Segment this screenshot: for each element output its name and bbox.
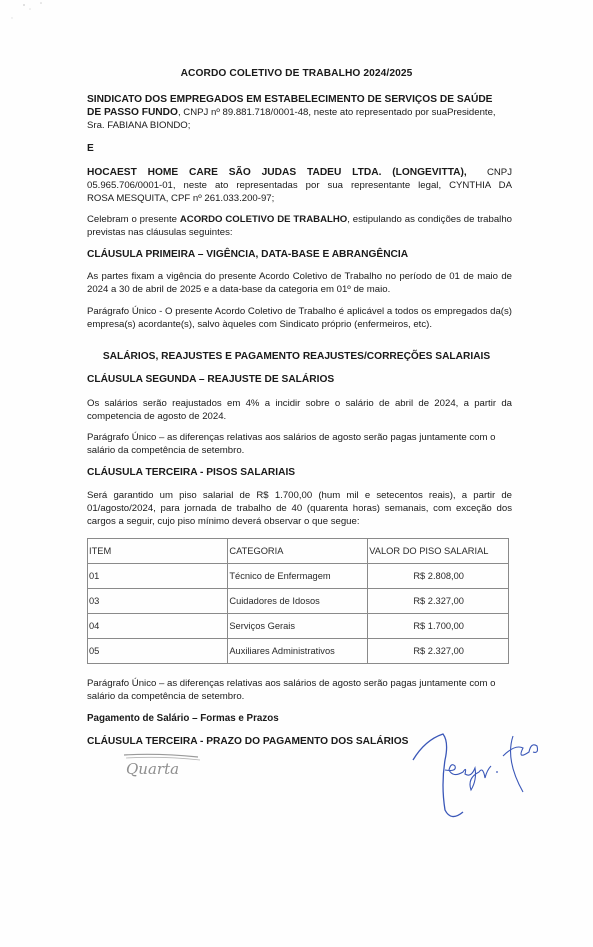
clause2-paragraph: Parágrafo Único – as diferenças relativa… <box>87 431 512 457</box>
table-cell: Técnico de Enfermagem <box>228 564 368 589</box>
conjunction: E <box>87 142 94 155</box>
scan-artifact <box>10 0 50 20</box>
party1-name-cont: DE PASSO FUNDO <box>87 107 178 118</box>
clause1-paragraph: Parágrafo Único - O presente Acordo Cole… <box>87 305 512 331</box>
clause3-text: Será garantido um piso salarial de R$ 1.… <box>87 489 512 528</box>
table-header-cell: ITEM <box>88 539 228 564</box>
table-cell: R$ 2.327,00 <box>368 639 509 664</box>
table-cell: Auxiliares Administrativos <box>228 639 368 664</box>
table-header-row: ITEMCATEGORIAVALOR DO PISO SALARIAL <box>88 539 509 564</box>
document-page: ACORDO COLETIVO DE TRABALHO 2024/2025 SI… <box>0 0 593 947</box>
table-header-cell: CATEGORIA <box>228 539 368 564</box>
party2-block: HOCAEST HOME CARE SÃO JUDAS TADEU LTDA. … <box>87 166 512 205</box>
clause3-paragraph: Parágrafo Único – as diferenças relativa… <box>87 677 512 703</box>
document-title: ACORDO COLETIVO DE TRABALHO 2024/2025 <box>0 68 593 79</box>
clause2-text: Os salários serão reajustados em 4% a in… <box>87 397 512 423</box>
table-row: 04Serviços GeraisR$ 1.700,00 <box>88 614 509 639</box>
table-cell: R$ 1.700,00 <box>368 614 509 639</box>
table-cell: R$ 2.327,00 <box>368 589 509 614</box>
table-cell: Cuidadores de Idosos <box>228 589 368 614</box>
clause2-heading: CLÁUSULA SEGUNDA – REAJUSTE DE SALÁRIOS <box>87 373 334 386</box>
table-row: 01Técnico de EnfermagemR$ 2.808,00 <box>88 564 509 589</box>
clause1-heading: CLÁUSULA PRIMEIRA – VIGÊNCIA, DATA-BASE … <box>87 248 408 261</box>
clause3-heading: CLÁUSULA TERCEIRA - PISOS SALARIAIS <box>87 466 295 479</box>
party1-representative: Sra. FABIANA BIONDO; <box>87 119 512 132</box>
payment-section-heading: Pagamento de Salário – Formas e Prazos <box>87 712 279 725</box>
salary-floor-table: ITEMCATEGORIAVALOR DO PISO SALARIAL01Téc… <box>87 538 509 664</box>
table-cell: 04 <box>88 614 228 639</box>
party1-line2: DE PASSO FUNDO, CNPJ nº 89.881.718/0001-… <box>87 106 512 119</box>
party2-line1: HOCAEST HOME CARE SÃO JUDAS TADEU LTDA. … <box>87 166 512 179</box>
table-cell: 03 <box>88 589 228 614</box>
preamble: Celebram o presente ACORDO COLETIVO DE T… <box>87 213 512 239</box>
party2-cnpj-label: CNPJ <box>487 166 512 179</box>
handwritten-correction: Quarta <box>118 748 228 784</box>
table-cell: Serviços Gerais <box>228 614 368 639</box>
party1-block: SINDICATO DOS EMPREGADOS EM ESTABELECIME… <box>87 93 512 132</box>
table-cell: R$ 2.808,00 <box>368 564 509 589</box>
table-cell: 01 <box>88 564 228 589</box>
party2-line3: ROSA MESQUITA, CPF nº 261.033.200-97; <box>87 192 512 205</box>
table-header-cell: VALOR DO PISO SALARIAL <box>368 539 509 564</box>
clause1-text: As partes fixam a vigência do presente A… <box>87 270 512 296</box>
preamble-bold: ACORDO COLETIVO DE TRABALHO <box>180 214 347 225</box>
clause-payment-heading: CLÁUSULA TERCEIRA - PRAZO DO PAGAMENTO D… <box>87 735 408 748</box>
table-row: 05Auxiliares AdministrativosR$ 2.327,00 <box>88 639 509 664</box>
party1-name: SINDICATO DOS EMPREGADOS EM ESTABELECIME… <box>87 93 512 106</box>
table-cell: 05 <box>88 639 228 664</box>
signature <box>405 730 545 820</box>
correction-text: Quarta <box>126 760 179 778</box>
party1-details: , CNPJ nº 89.881.718/0001-48, neste ato … <box>178 107 496 118</box>
party2-line2: 05.965.706/0001-01, neste ato representa… <box>87 179 512 192</box>
section-heading-salaries: SALÁRIOS, REAJUSTES E PAGAMENTO REAJUSTE… <box>0 351 593 362</box>
preamble-text-before: Celebram o presente <box>87 214 180 225</box>
table-row: 03Cuidadores de IdososR$ 2.327,00 <box>88 589 509 614</box>
party2-name: HOCAEST HOME CARE SÃO JUDAS TADEU LTDA. … <box>87 166 467 179</box>
